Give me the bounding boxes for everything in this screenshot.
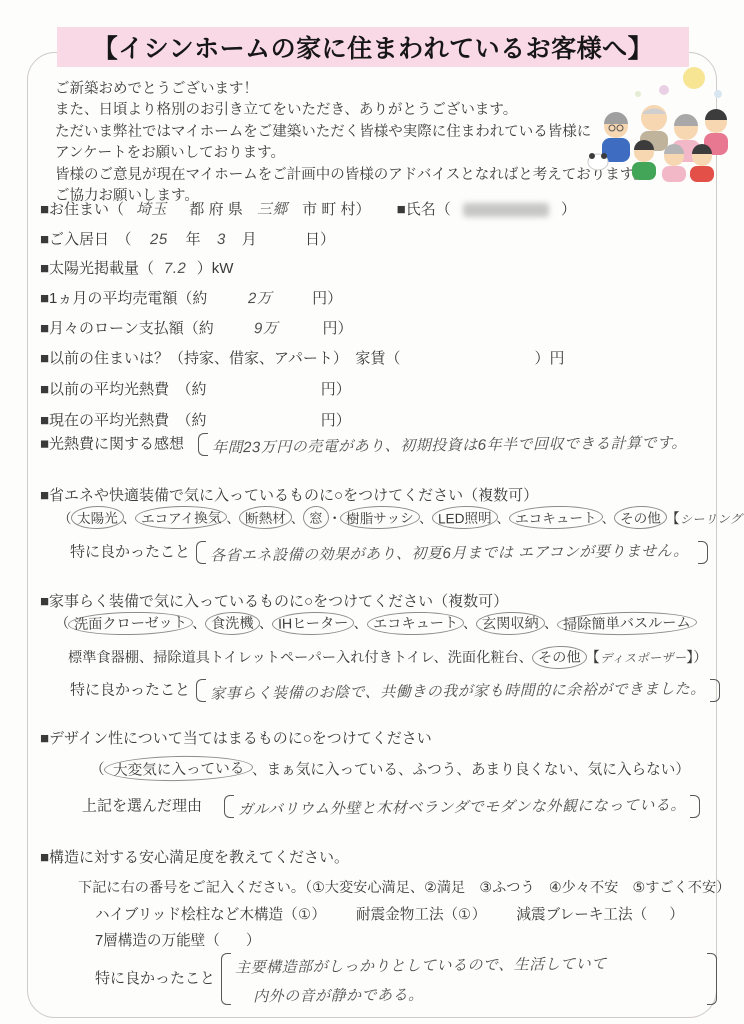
greeting-paragraph: ご新築おめでとうございます！ また、日頃より格別のお引き立てをいただき、ありがと… — [55, 79, 648, 207]
field-utility-comment: ■光熱費に関する感想 年間23万円の売電があり、初期投資は6年半で回収できる計算… — [40, 432, 703, 457]
structure-item-brake-close: ） — [669, 907, 684, 923]
solar-label: ■太陽光掲載量（ — [40, 260, 154, 277]
design-option-not-good: あまり良くない — [471, 762, 573, 778]
separator: 、 — [419, 511, 433, 526]
movein-month-handwritten: 3 — [217, 231, 226, 248]
separator: 、 — [226, 511, 240, 526]
structure-section-title: ■構造に対する安心満足度を教えてください。 — [40, 846, 349, 867]
design-option-love-it: 大変気に入っている — [103, 755, 253, 783]
kaji-option-ih-heater: IHヒーター — [272, 611, 355, 635]
loan-label: ■月々のローン支払額（約 — [40, 320, 214, 337]
eco-other-handwritten: シーリングファン — [679, 509, 744, 527]
kaji-highlight: 特に良かったこと 家事らく装備のお陰で、共働きの我が家も時間的に余裕ができました… — [70, 678, 722, 703]
kaji-options-line1: （洗面クローゼット、食洗機、IHヒーター、エコキュート、玄関収納、掃除簡単バスル… — [55, 612, 696, 635]
structure-item-quake-label: 耐震金物工法（ — [356, 907, 458, 923]
residence-pref-suffix: 都 府 県 — [189, 201, 242, 218]
structure-instruction: 下記に右の番号をご記入ください。（①大変安心満足、②満足 ③ふつう ④少々不安 … — [78, 877, 730, 897]
util-comment-bracket: 年間23万円の売電があり、初期投資は6年半で回収できる計算です。 — [196, 432, 703, 457]
separator: 、 — [434, 650, 448, 666]
prev-home-close: ）円 — [535, 350, 565, 367]
greeting-line-1: ご新築おめでとうございます！ — [55, 79, 648, 100]
customer-name-redacted — [463, 203, 549, 217]
util-comment-label: ■光熱費に関する感想 — [40, 435, 184, 452]
field-previous-utility: ■以前の平均光熱費 （約 円） — [40, 378, 351, 399]
paren-open: （ — [58, 511, 72, 526]
kaji-good-bracket: 家事らく装備のお陰で、共働きの我が家も時間的に余裕ができました。 — [194, 678, 722, 703]
separator: 、 — [354, 616, 368, 632]
structure-ratings-line1: ハイブリッド桧柱など木構造（①） 耐震金物工法（①） 減震ブレーキ工法（） — [95, 903, 684, 924]
eco-section-title: ■省エネや快適装備で気に入っているものに○をつけてください（複数可） — [40, 484, 538, 505]
kaji-option-toilet-storage: 掃除道具トイレットペーパー入れ付きトイレ — [153, 650, 433, 666]
kaji-option-ecocute: エコキュート — [367, 611, 465, 636]
field-current-utility: ■現在の平均光熱費 （約 円） — [40, 409, 351, 430]
movein-day-unit: 日） — [305, 231, 335, 248]
structure-item-brake-label: 減震ブレーキ工法（ — [516, 907, 647, 923]
design-option-dislike: 気に入らない — [588, 762, 676, 778]
eco-good-handwritten: 各省エネ設備の効果があり、初夏6月までは エアコンが要りません。 — [210, 539, 689, 565]
greeting-line-2: また、日頃より格別のお引き立てをいただき、ありがとうございます。 — [55, 100, 648, 121]
separator: 、 — [456, 762, 471, 778]
separator: 、 — [398, 762, 413, 778]
kaji-option-easy-clean-bathroom: 掃除簡単バスルーム — [557, 611, 697, 636]
greeting-line-4: アンケートをお願いしております。 — [55, 143, 648, 164]
field-monthly-loan: ■月々のローン支払額（約 9万 円） — [40, 317, 352, 338]
solar-value-handwritten: 7.2 — [164, 260, 187, 277]
eco-option-led-lighting: LED照明 — [432, 505, 498, 529]
eco-option-insulation: 断熱材 — [239, 506, 292, 530]
eco-option-solar: 太陽光 — [70, 506, 123, 530]
separator: 、 — [122, 511, 136, 526]
movein-year-unit: 年 — [186, 231, 201, 248]
kaji-option-dishwasher: 食洗機 — [205, 612, 260, 636]
residence-label: ■お住まい（ — [40, 201, 124, 218]
greeting-line-3: ただいま弊社ではマイホームをご建築いただく皆様や実際に住まわれている皆様に — [55, 122, 648, 143]
separator: 、 — [519, 650, 533, 666]
separator: 、 — [259, 616, 273, 632]
loan-close: 円） — [322, 320, 352, 337]
structure-good-bracket: 主要構造部がしっかりとしているので、生活していて 内外の音が静かである。 — [219, 952, 719, 1006]
structure-good-line1-handwritten: 主要構造部がしっかりとしているので、生活していて — [235, 952, 703, 978]
separator: 、 — [573, 762, 588, 778]
design-reason-label: 上記を選んだ理由 — [82, 797, 202, 814]
cur-util-label: ■現在の平均光熱費 （約 — [40, 412, 207, 429]
family-illustration — [582, 64, 740, 192]
separator: 、 — [139, 650, 153, 666]
structure-item-quake-close: ） — [472, 907, 487, 923]
structure-item-wood-close: ） — [311, 907, 326, 923]
design-section-title: ■デザイン性について当てはまるものに○をつけてください — [40, 727, 432, 748]
kaji-good-handwritten: 家事らく装備のお陰で、共働きの我が家も時間的に余裕ができました。 — [210, 677, 706, 703]
eco-option-other: その他 — [614, 506, 667, 530]
design-option-neutral: ふつう — [413, 762, 457, 778]
movein-year-handwritten: 25 — [150, 231, 168, 248]
kaji-good-label: 特に良かったこと — [70, 681, 190, 698]
design-reason-bracket: ガルバリウム外壁と木材ベランダでモダンな外観になっている。 — [222, 794, 702, 819]
design-reason: 上記を選んだ理由 ガルバリウム外壁と木材ベランダでモダンな外観になっている。 — [82, 794, 702, 819]
field-previous-home: ■以前の住まいは？（持家、借家、アパート） 家賃（ ）円 — [40, 347, 565, 368]
paren-open: （ — [90, 762, 105, 778]
bracket-open: 【 — [666, 511, 680, 526]
util-comment-handwritten: 年間23万円の売電があり、初期投資は6年半で回収できる計算です。 — [212, 432, 687, 458]
name-close: ） — [561, 201, 576, 218]
kaji-option-entrance-storage: 玄関収納 — [476, 611, 545, 635]
residence-city-handwritten: 三郷 — [257, 198, 288, 219]
movein-label: ■ご入居日 （ — [40, 231, 132, 248]
greeting-line-5: 皆様のご意見が現在マイホームをご計画中の皆様のアドバイスとなればと考えております… — [55, 165, 648, 186]
bracket-open: 【 — [585, 650, 599, 666]
kaji-options-line2: 標準食器棚、掃除道具トイレットペーパー入れ付きトイレ、洗面化粧台、その他【ディス… — [68, 646, 707, 669]
kaji-option-vanity: 洗面化粧台 — [448, 650, 519, 666]
structure-highlight: 特に良かったこと 主要構造部がしっかりとしているので、生活していて 内外の音が静… — [95, 952, 719, 1006]
design-options: （大変気に入っている、まぁ気に入っている、ふつう、あまり良くない、気に入らない） — [90, 756, 690, 781]
separator: ） — [675, 762, 690, 778]
eco-option-window: 窓 — [303, 506, 329, 529]
structure-item-wall-label: 7層構造の万能壁（ — [95, 933, 220, 949]
solar-close: ）kW — [197, 260, 234, 277]
eco-option-ecoi-ventilation: エコアイ換気 — [135, 505, 228, 530]
prev-util-label: ■以前の平均光熱費 （約 — [40, 381, 207, 398]
field-movein-date: ■ご入居日 （ 25 年 3 月 日） — [40, 228, 335, 249]
prev-util-close: 円） — [321, 381, 351, 398]
structure-ratings-line2: 7層構造の万能壁（） — [95, 929, 260, 950]
loan-value-handwritten: 9万 — [254, 317, 279, 338]
field-monthly-sell: ■1ヵ月の平均売電額（約 2万 円） — [40, 287, 342, 308]
name-label: ■氏名（ — [397, 201, 451, 218]
prev-home-label: ■以前の住まいは？（持家、借家、アパート） 家賃（ — [40, 350, 400, 367]
structure-item-wall-close: ） — [246, 933, 261, 949]
eco-good-bracket: 各省エネ設備の効果があり、初夏6月までは エアコンが要りません。 — [194, 540, 710, 565]
residence-prefecture-handwritten: 埼玉 — [136, 198, 167, 219]
sell-label: ■1ヵ月の平均売電額（約 — [40, 290, 207, 307]
title-banner: 【イシンホームの家に住まわれているお客様へ】 — [57, 27, 689, 67]
field-residence: ■お住まい（ 埼玉 都 府 県 三郷 市 町 村） ■氏名（ ） — [40, 198, 576, 219]
kaji-option-other: その他 — [532, 646, 587, 670]
sell-value-handwritten: 2万 — [247, 287, 272, 308]
design-option-like-it: まぁ気に入っている — [267, 762, 398, 778]
structure-item-wood-label: ハイブリッド桧柱など木構造（ — [95, 907, 298, 923]
separator: 、 — [496, 511, 510, 526]
structure-item-quake-rating: ① — [458, 906, 472, 923]
separator: 、 — [252, 762, 267, 778]
eco-options: （太陽光、エコアイ換気、断熱材、窓・樹脂サッシ、LED照明、エコキュート、その他… — [58, 506, 744, 529]
residence-city-suffix: 市 町 村） — [302, 201, 370, 218]
field-solar-capacity: ■太陽光掲載量（ 7.2 ）kW — [40, 257, 233, 278]
sell-close: 円） — [312, 290, 342, 307]
kaji-other-handwritten: ディスポーザー — [600, 649, 687, 667]
kaji-option-standard-cupboard: 標準食器棚 — [68, 650, 139, 666]
eco-option-ecocute: エコキュート — [509, 505, 603, 530]
design-reason-handwritten: ガルバリウム外壁と木材ベランダでモダンな外観になっている。 — [238, 794, 686, 820]
cur-util-close: 円） — [321, 412, 351, 429]
eco-option-resin-sash: 樹脂サッシ — [340, 505, 420, 529]
scanned-survey-page: 【イシンホームの家に住まわれているお客様へ】 ご新築おめでとうございます！ また… — [0, 0, 744, 1024]
separator: 、 — [463, 616, 477, 632]
bracket-close: 】） — [686, 650, 707, 666]
eco-highlight: 特に良かったこと 各省エネ設備の効果があり、初夏6月までは エアコンが要りません… — [70, 540, 710, 565]
movein-month-unit: 月 — [242, 231, 257, 248]
structure-good-label: 特に良かったこと — [95, 970, 215, 987]
kaji-section-title: ■家事らく装備で気に入っているものに○をつけてください（複数可） — [40, 590, 508, 611]
separator: 、 — [544, 616, 558, 632]
structure-item-wood-rating: ① — [298, 906, 312, 923]
page-title: 【イシンホームの家に住まわれているお客様へ】 — [93, 29, 653, 65]
structure-good-line2-handwritten: 内外の音が静かである。 — [253, 981, 703, 1007]
kaji-option-washroom-closet: 洗面クローゼット — [68, 611, 193, 636]
eco-good-label: 特に良かったこと — [70, 543, 190, 560]
